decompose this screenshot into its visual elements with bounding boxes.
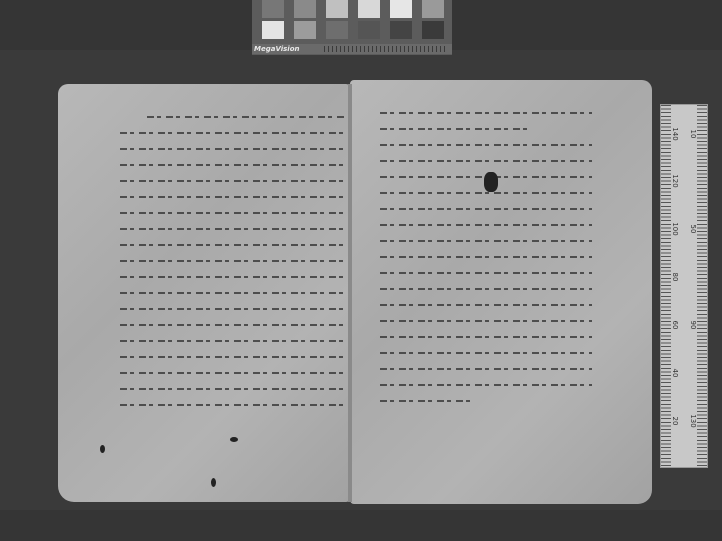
megavision-label: MegaVision: [254, 44, 300, 54]
chart-patch: [326, 0, 348, 18]
measuring-ruler: 140 120 100 80 60 40 20 10 50 90 130: [660, 104, 708, 468]
ruler-label: 60: [671, 315, 679, 335]
chart-patch: [294, 21, 316, 39]
ink-spot: [230, 437, 238, 442]
ruler-ticks-right: [697, 105, 707, 467]
megavision-bar: MegaVision: [252, 44, 452, 54]
ruler-label: 140: [671, 124, 679, 144]
chart-patch: [422, 21, 444, 39]
chart-patch: [390, 0, 412, 18]
ruler-label: 40: [671, 363, 679, 383]
chart-patch: [262, 0, 284, 18]
ruler-label: 20: [671, 411, 679, 431]
chart-patch: [422, 0, 444, 18]
chart-patch: [358, 0, 380, 18]
ink-spot: [211, 478, 216, 487]
left-page-text: [120, 116, 346, 420]
mini-ruler-ticks: [324, 46, 448, 52]
chart-patch: [390, 21, 412, 39]
ruler-label: 120: [671, 171, 679, 191]
ink-spot: [100, 445, 105, 453]
chart-patch: [294, 0, 316, 18]
ruler-label: 50: [689, 219, 697, 239]
bottom-background: [0, 510, 722, 541]
ruler-label: 100: [671, 219, 679, 239]
ruler-ticks-left: [661, 105, 671, 467]
ruler-label: 90: [689, 315, 697, 335]
right-page-text: [380, 112, 592, 416]
ruler-label: 10: [689, 124, 697, 144]
ruler-label: 130: [689, 411, 697, 431]
ink-blot: [484, 172, 498, 192]
chart-patch: [326, 21, 348, 39]
ruler-label: 80: [671, 267, 679, 287]
chart-patch: [358, 21, 380, 39]
chart-patch: [262, 21, 284, 39]
manuscript-gutter: [348, 84, 352, 502]
